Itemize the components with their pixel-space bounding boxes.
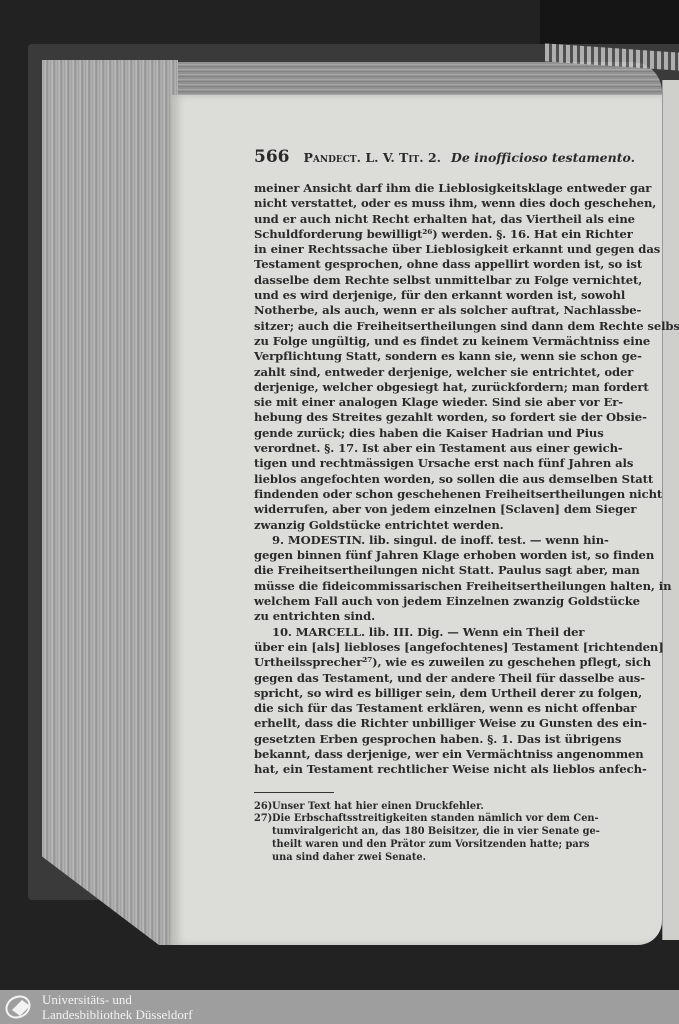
text-line: Testament gesprochen, ohne dass appellir… (254, 257, 626, 272)
text-line: spricht, so wird es billiger sein, dem U… (254, 686, 626, 701)
text-line: über ein [als] liebloses [angefochtenes]… (254, 640, 626, 655)
text-line: welchem Fall auch von jedem Einzelnen zw… (254, 594, 626, 609)
text-line: zu entrichten sind. (254, 609, 626, 624)
text-line: Schuldforderung bewilligt²⁶) werden. §. … (254, 227, 626, 242)
footnote-27-line: theilt waren und den Prätor zum Vorsitze… (254, 839, 626, 852)
text-line: Verpflichtung Statt, sondern es kann sie… (254, 349, 626, 364)
text-line: tigen und rechtmässigen Ursache erst nac… (254, 456, 626, 471)
footnote-number: 26) (254, 801, 272, 814)
text-line: gegen binnen fünf Jahren Klage erhoben w… (254, 548, 626, 563)
text-line: zwanzig Goldstücke entrichtet werden. (254, 518, 626, 533)
text-line: Urtheilssprecher²⁷), wie es zuweilen zu … (254, 655, 626, 670)
paragraph-10-lead: 10. MARCELL. lib. III. Dig. — (272, 625, 459, 639)
body-text: meiner Ansicht darf ihm die Lieblosigkei… (254, 181, 626, 778)
text-line: dasselbe dem Rechte selbst unmittelbar z… (254, 273, 626, 288)
text-line: verordnet. §. 17. Ist aber ein Testament… (254, 441, 626, 456)
library-name-line-1: Universitäts- und (42, 992, 193, 1007)
text-line: erhellt, dass die Richter unbilliger Wei… (254, 716, 626, 731)
text-line: hebung des Streites gezahlt worden, so f… (254, 410, 626, 425)
section-title: De inofficioso testamento. (451, 150, 635, 165)
text-line: gesetzten Erben gesprochen haben. §. 1. … (254, 732, 626, 747)
footnote-26: 26)Unser Text hat hier einen Druckfehler… (254, 801, 626, 814)
text-line: nicht verstattet, oder es muss ihm, wenn… (254, 196, 626, 211)
paragraph-9: 9. MODESTIN. lib. singul. de inoff. test… (254, 533, 626, 625)
text-line: derjenige, welcher obgesiegt hat, zurück… (254, 380, 626, 395)
page-block-fore-edge (42, 60, 178, 945)
text-line: in einer Rechtssache über Lieblosigkeit … (254, 242, 626, 257)
scan-board (540, 0, 679, 50)
library-name-line-2: Landesbibliothek Düsseldorf (42, 1007, 193, 1022)
running-header: 566 Pandect. L. V. Tit. 2. De inofficios… (254, 147, 626, 167)
library-logo-icon (4, 994, 36, 1020)
paragraph-8-continuation: meiner Ansicht darf ihm die Lieblosigkei… (254, 181, 626, 533)
text-line: sitzer; auch die Freiheitsertheilungen s… (254, 319, 626, 334)
text-line: meiner Ansicht darf ihm die Lieblosigkei… (254, 181, 626, 196)
text-line: müsse die fideicommissarischen Freiheits… (254, 579, 626, 594)
text-line: sie mit einer analogen Klage wieder. Sin… (254, 395, 626, 410)
text-line: bekannt, dass derjenige, wer ein Vermäch… (254, 747, 626, 762)
text-line: findenden oder schon geschehenen Freihei… (254, 487, 626, 502)
text-line: zu Folge ungültig, und es findet zu kein… (254, 334, 626, 349)
library-name: Universitäts- und Landesbibliothek Düsse… (42, 992, 193, 1022)
paragraph-9-lead: 9. MODESTIN. lib. singul. de inoff. test… (272, 533, 541, 547)
paragraph-10: 10. MARCELL. lib. III. Dig. — Wenn ein T… (254, 625, 626, 778)
footnote-27-line: una sind daher zwei Senate. (254, 852, 626, 865)
text-line: und er auch nicht Recht erhalten hat, da… (254, 212, 626, 227)
running-title: Pandect. L. V. Tit. 2. (303, 150, 441, 165)
footnote-27: 27)Die Erbschaftsstreitigkeiten standen … (254, 813, 626, 826)
book-page: 566 Pandect. L. V. Tit. 2. De inofficios… (172, 95, 662, 945)
text-line: 10. MARCELL. lib. III. Dig. — Wenn ein T… (254, 625, 626, 640)
page-content: 566 Pandect. L. V. Tit. 2. De inofficios… (254, 147, 626, 865)
facing-page-edge (662, 80, 679, 940)
footnotes: 26)Unser Text hat hier einen Druckfehler… (254, 801, 626, 865)
text-line: gegen das Testament, und der andere Thei… (254, 671, 626, 686)
text-line: hat, ein Testament rechtlicher Weise nic… (254, 762, 626, 777)
text-line: die sich für das Testament erklären, wen… (254, 701, 626, 716)
text-line: die Freiheitsertheilungen nicht Statt. P… (254, 563, 626, 578)
text-line: gende zurück; dies haben die Kaiser Hadr… (254, 426, 626, 441)
footnote-number: 27) (254, 813, 272, 826)
text-line: widerrufen, aber von jedem einzelnen [Sc… (254, 502, 626, 517)
text-line: Notherbe, als auch, wenn er als solcher … (254, 303, 626, 318)
footnote-27-line: tumviralgericht an, das 180 Beisitzer, d… (254, 826, 626, 839)
text-line: und es wird derjenige, für den erkannt w… (254, 288, 626, 303)
text-line: zahlt sind, entweder derjenige, welcher … (254, 365, 626, 380)
page-number: 566 (254, 147, 290, 167)
text-line: 9. MODESTIN. lib. singul. de inoff. test… (254, 533, 626, 548)
text-line: lieblos angefochten worden, so sollen di… (254, 472, 626, 487)
footnote-rule (254, 792, 334, 793)
